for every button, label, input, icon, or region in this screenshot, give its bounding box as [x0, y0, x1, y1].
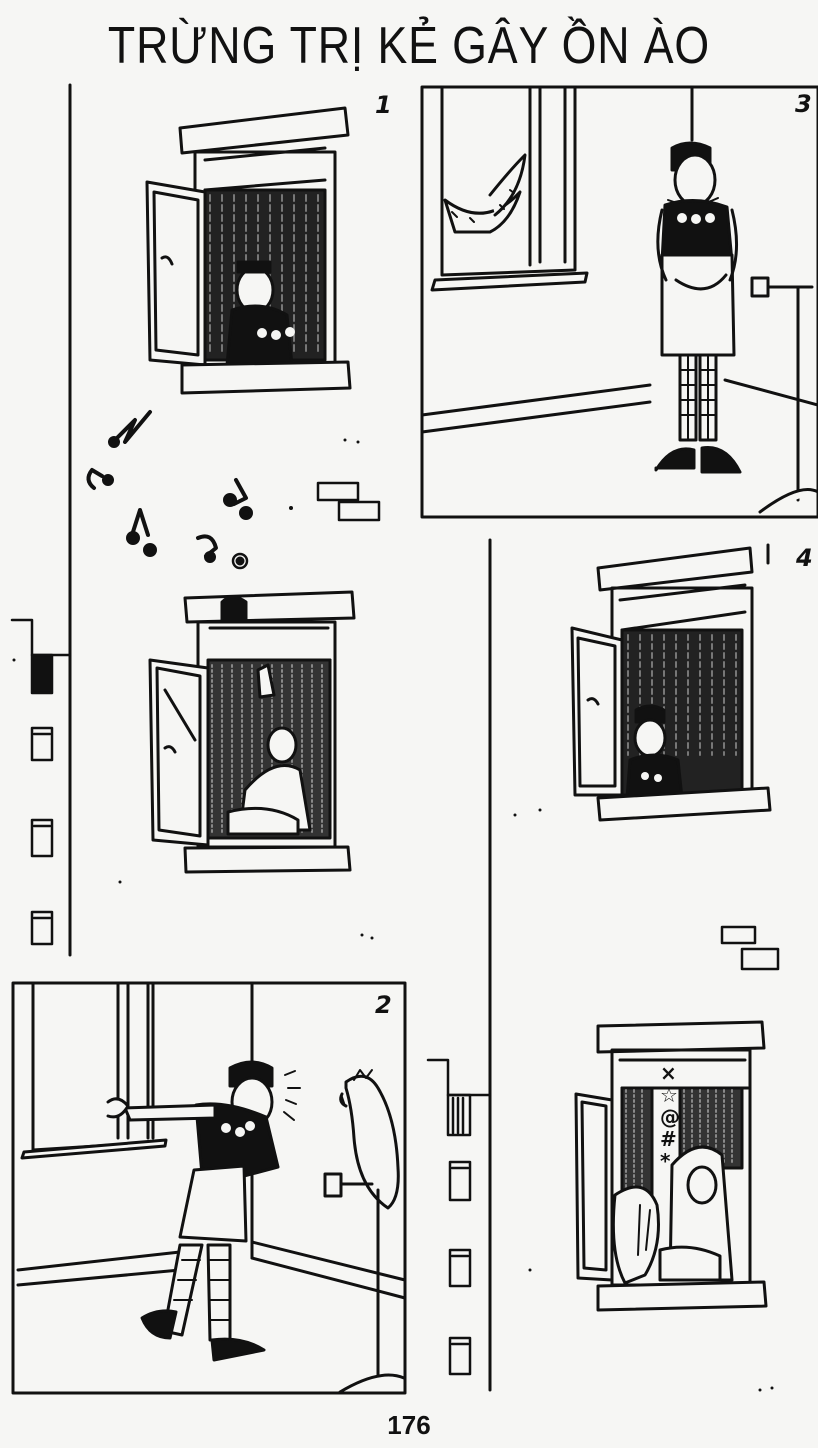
music-notes [88, 412, 251, 568]
panel-3 [422, 87, 818, 517]
page-number: 176 [0, 1410, 818, 1441]
panel-number-3: 3 [795, 90, 812, 118]
comic-artwork: 3 1 4 [0, 0, 818, 1448]
curse-symbols: × ☆ @ # * [660, 1061, 680, 1173]
svg-text:@: @ [660, 1105, 680, 1129]
distant-windows-right [428, 1060, 490, 1374]
window-man-looking-out [572, 545, 770, 820]
svg-text:*: * [660, 1149, 671, 1173]
svg-text:#: # [660, 1127, 677, 1151]
panel-2 [13, 983, 405, 1393]
svg-text:☆: ☆ [660, 1083, 678, 1107]
window-player [147, 108, 350, 393]
panel-number-4: 4 [795, 544, 813, 572]
panel-number-2: 2 [375, 991, 392, 1019]
window-neighbour [150, 592, 354, 872]
svg-text:×: × [660, 1061, 677, 1085]
distant-windows-left [12, 620, 70, 944]
panel-number-1: 1 [375, 91, 392, 119]
